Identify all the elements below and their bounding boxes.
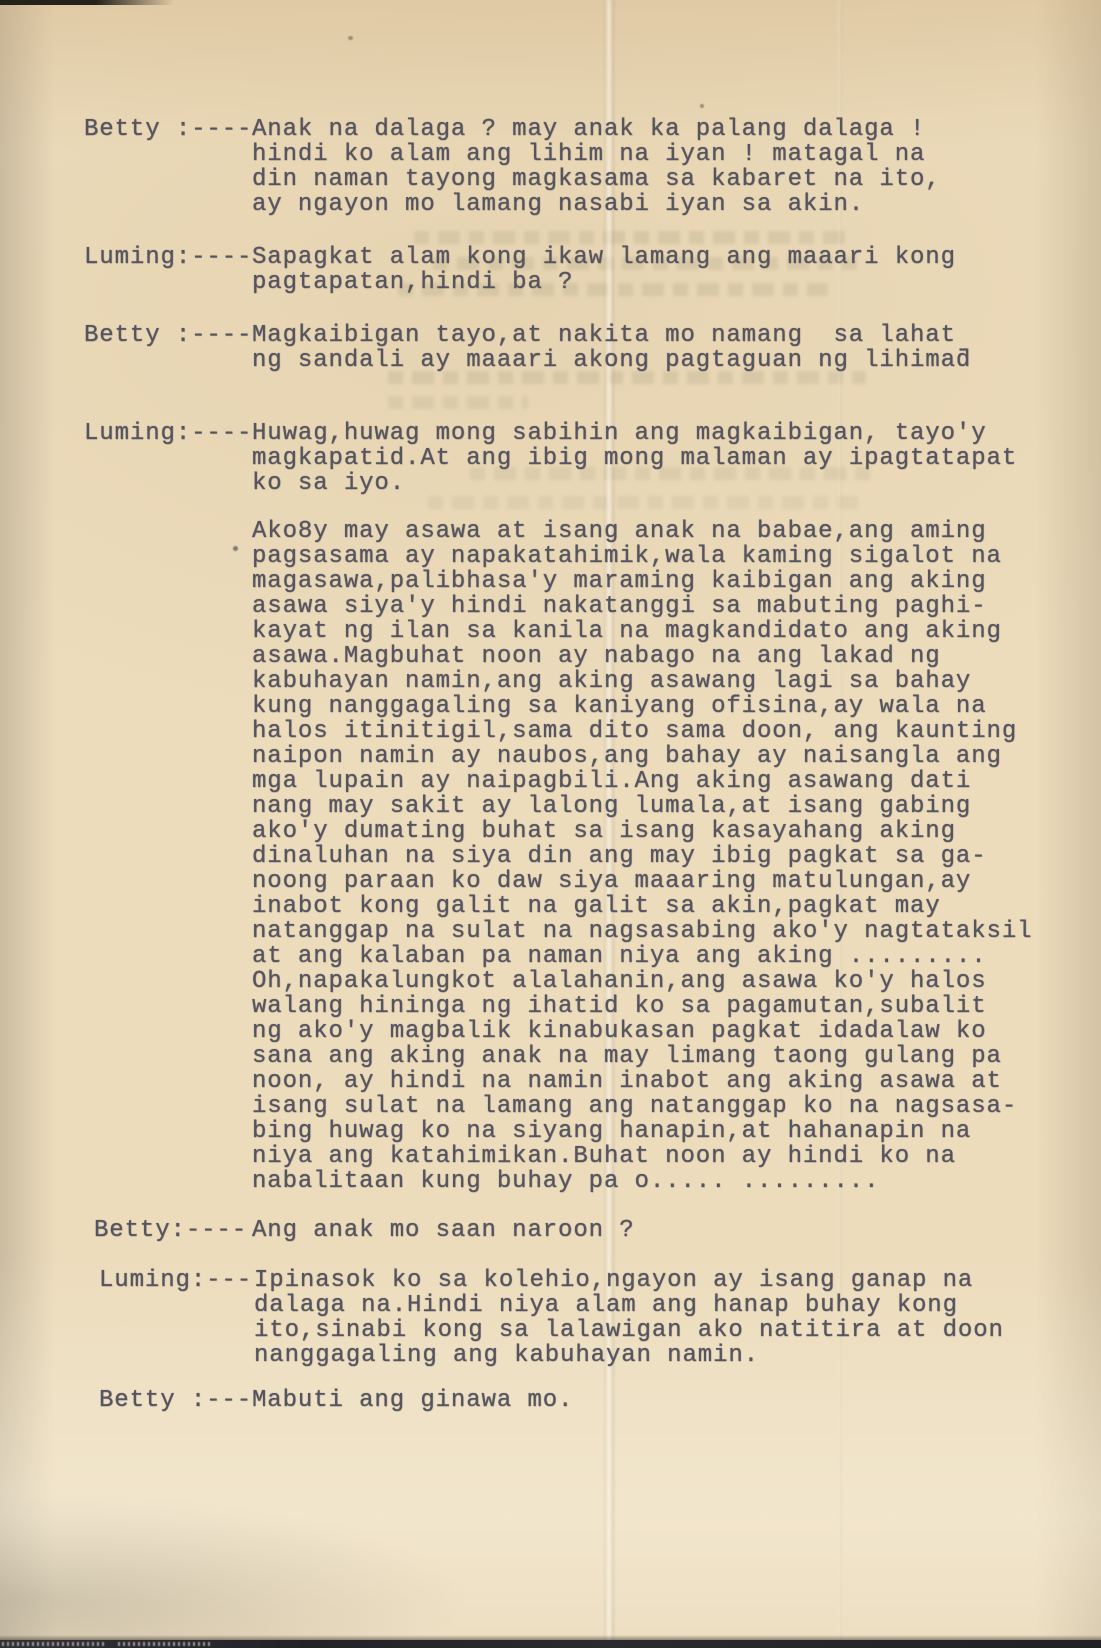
dialogue-line: noong paraan ko daw siya maaaring matulu… (252, 869, 1101, 894)
dialogue-block: Betty :---Mabuti ang ginawa mo. (0, 1388, 1101, 1413)
dialogue-line: asawa siya'y hindi nakatanggi sa mabutin… (252, 594, 1101, 619)
dialogue-line: kabuhayan namin,ang aking asawang lagi s… (252, 669, 1101, 694)
dialogue-line: Anak na dalaga ? may anak ka palang dala… (252, 117, 1101, 142)
dialogue-line: natanggap na sulat na nagsasabing ako'y … (252, 919, 1101, 944)
speaker-label: Luming:---- (84, 245, 252, 270)
bleed-through-smudge (428, 496, 858, 509)
speaker-label: Betty :---- (84, 323, 252, 348)
dialogue-line: din naman tayong magkasama sa kabaret na… (252, 167, 1101, 192)
dialogue-block: Luming:----Sapagkat alam kong ikaw laman… (0, 245, 1101, 295)
dialogue-line: kayat ng ilan sa kanila na magkandidato … (252, 619, 1101, 644)
dialogue-line: Mabuti ang ginawa mo. (252, 1388, 1101, 1413)
dialogue-line: ito,sinabi kong sa lalawigan ako natitir… (254, 1318, 1101, 1343)
dialogue-line: walang hininga ng ihatid ko sa pagamutan… (252, 994, 1101, 1019)
dialogue-line: hindi ko alam ang lihim na iyan ! mataga… (252, 142, 1101, 167)
dialogue-line: ko sa iyo. (252, 471, 1101, 496)
dialogue-line: Ang anak mo saan naroon ? (252, 1218, 1101, 1243)
scan-watermark-smudge (2, 1642, 106, 1646)
scan-edge-artifact-top (0, 0, 174, 5)
dialogue-line: bing huwag ko na siyang hanapin,at hahan… (252, 1119, 1101, 1144)
dialogue-line: ng sandali ay maaari akong pagtaguan ng … (252, 348, 1101, 373)
dialogue-line: pagsasama ay napakatahimik,wala kaming s… (252, 544, 1101, 569)
dialogue-line: halos itinitigil,sama dito sama doon, an… (252, 719, 1101, 744)
paper-speck (348, 36, 353, 40)
dialogue-lines: Magkaibigan tayo,at nakita mo namang sa … (252, 323, 1101, 373)
dialogue-block: Luming:----Huwag,huwag mong sabihin ang … (0, 421, 1101, 496)
dialogue-line: dinaluhan na siya din ang may ibig pagka… (252, 844, 1101, 869)
dialogue-line: ng ako'y magbalik kinabukasan pagkat ida… (252, 1019, 1101, 1044)
dialogue-line: nabalitaan kung buhay pa o..... ........… (252, 1169, 1101, 1194)
scan-edge-bottom (0, 1640, 1101, 1648)
dialogue-lines: Huwag,huwag mong sabihin ang magkaibigan… (252, 421, 1101, 496)
dialogue-line: ay ngayon mo lamang nasabi iyan sa akin. (252, 192, 1101, 217)
speaker-label: Luming:---- (84, 421, 252, 446)
dialogue-lines: Ako8y may asawa at isang anak na babae,a… (252, 519, 1101, 1194)
dialogue-line: Huwag,huwag mong sabihin ang magkaibigan… (252, 421, 1101, 446)
speaker-label: Betty :--- (99, 1388, 252, 1413)
dialogue-lines: Ang anak mo saan naroon ? (252, 1218, 1101, 1243)
dialogue-block: Betty :----Anak na dalaga ? may anak ka … (0, 117, 1101, 217)
dialogue-lines: Mabuti ang ginawa mo. (252, 1388, 1101, 1413)
dialogue-line: mga lupain ay naipagbili.Ang aking asawa… (252, 769, 1101, 794)
stray-ink-dot (233, 546, 238, 551)
scan-watermark-smudge (118, 1642, 212, 1646)
dialogue-lines: Sapagkat alam kong ikaw lamang ang maaar… (252, 245, 1101, 295)
dialogue-line: Ako8y may asawa at isang anak na babae,a… (252, 519, 1101, 544)
dialogue-line: ako'y dumating buhat sa isang kasayahang… (252, 819, 1101, 844)
dialogue-line: nang may sakit ay lalong lumala,at isang… (252, 794, 1101, 819)
dialogue-line: noon, ay hindi na namin inabot ang aking… (252, 1069, 1101, 1094)
dialogue-line: Sapagkat alam kong ikaw lamang ang maaar… (252, 245, 1101, 270)
dialogue-line: Ipinasok ko sa kolehio,ngayon ay isang g… (254, 1268, 1101, 1293)
dialogue-line: sana ang aking anak na may limang taong … (252, 1044, 1101, 1069)
speaker-label: Betty :---- (84, 117, 252, 142)
dialogue-line: Magkaibigan tayo,at nakita mo namang sa … (252, 323, 1101, 348)
dialogue-block: Betty:----Ang anak mo saan naroon ? (0, 1218, 1101, 1243)
bleed-through-smudge (388, 396, 528, 409)
bleed-through-smudge (414, 231, 852, 244)
dialogue-block: Luming:---Ipinasok ko sa kolehio,ngayon … (0, 1268, 1101, 1368)
dialogue-line: dalaga na.Hindi niya alam ang hanap buha… (254, 1293, 1101, 1318)
dialogue-line: pagtapatan,hindi ba ? (252, 270, 1101, 295)
dialogue-line: nanggagaling ang kabuhayan namin. (254, 1343, 1101, 1368)
dialogue-line: Oh,napakalungkot alalahanin,ang asawa ko… (252, 969, 1101, 994)
dialogue-block: Ako8y may asawa at isang anak na babae,a… (0, 519, 1101, 1194)
dialogue-line: at ang kalaban pa naman niya ang aking .… (252, 944, 1101, 969)
dialogue-line: magasawa,palibhasa'y maraming kaibigan a… (252, 569, 1101, 594)
speaker-label: Luming:--- (99, 1268, 252, 1293)
dialogue-line: niya ang katahimikan.Buhat noon ay hindi… (252, 1144, 1101, 1169)
paper-speck (700, 104, 704, 108)
dialogue-line: isang sulat na lamang ang natanggap ko n… (252, 1094, 1101, 1119)
dialogue-line: asawa.Magbuhat noon ay nabago na ang lak… (252, 644, 1101, 669)
dialogue-block: Betty :----Magkaibigan tayo,at nakita mo… (0, 323, 1101, 373)
dialogue-line: magkapatid.At ang ibig mong malaman ay i… (252, 446, 1101, 471)
dialogue-line: inabot kong galit na galit sa akin,pagka… (252, 894, 1101, 919)
scanned-page: Betty :----Anak na dalaga ? may anak ka … (0, 0, 1101, 1648)
dialogue-lines: Anak na dalaga ? may anak ka palang dala… (252, 117, 1101, 217)
dialogue-line: naipon namin ay naubos,ang bahay ay nais… (252, 744, 1101, 769)
dialogue-lines: Ipinasok ko sa kolehio,ngayon ay isang g… (254, 1268, 1101, 1368)
dialogue-line: kung nanggagaling sa kaniyang ofisina,ay… (252, 694, 1101, 719)
speaker-label: Betty:---- (94, 1218, 247, 1243)
